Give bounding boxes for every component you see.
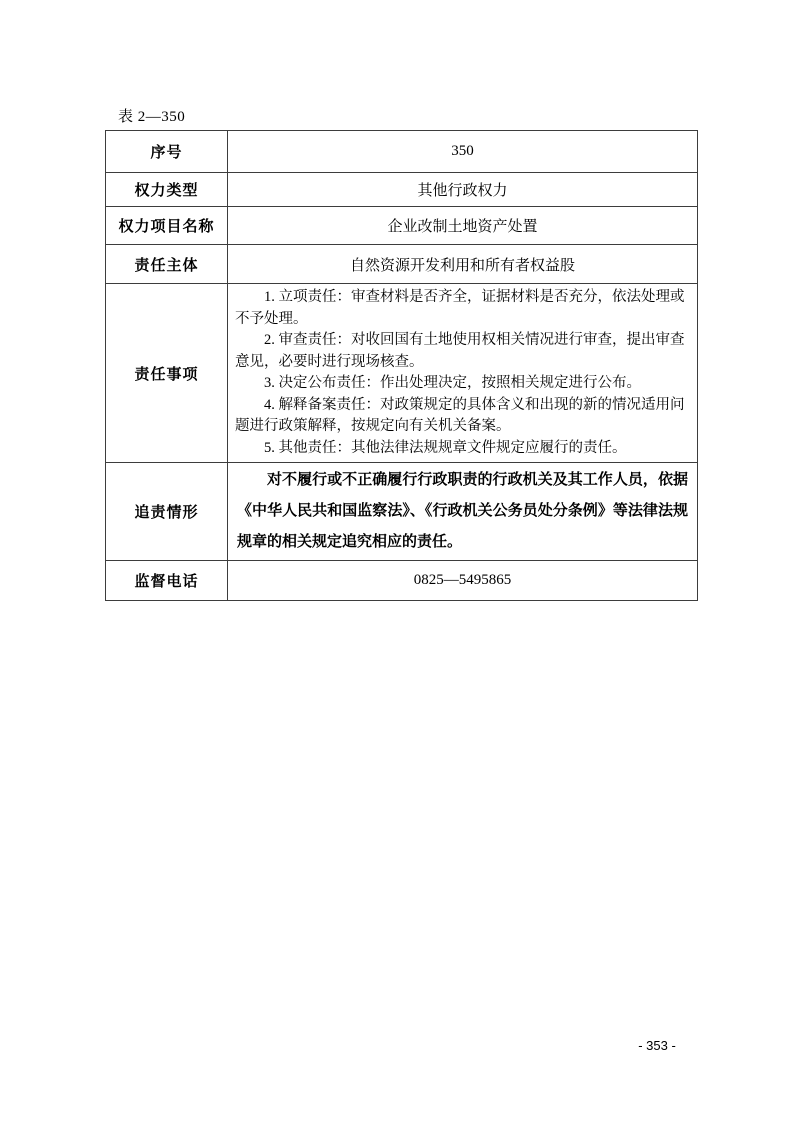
value-power-type: 其他行政权力: [228, 173, 698, 207]
value-serial-number: 350: [228, 131, 698, 173]
table-row: 责任事项 1. 立项责任：审查材料是否齐全，证据材料是否充分，依法处理或不予处理…: [106, 284, 698, 463]
responsibility-item: 3. 决定公布责任：作出处理决定，按照相关规定进行公布。: [235, 373, 690, 395]
responsibility-item: 4. 解释备案责任：对政策规定的具体含义和出现的新的情况适用问题进行政策解释，按…: [235, 395, 690, 438]
label-power-item-name: 权力项目名称: [106, 207, 228, 245]
label-responsible-subject: 责任主体: [106, 245, 228, 284]
responsibility-item: 1. 立项责任：审查材料是否齐全，证据材料是否充分，依法处理或不予处理。: [235, 287, 690, 330]
responsibility-item: 2. 审查责任：对收回国有土地使用权相关情况进行审查，提出审查意见，必要时进行现…: [235, 330, 690, 373]
page-number: - 353 -: [617, 1038, 697, 1053]
label-serial-number: 序号: [106, 131, 228, 173]
label-responsibility-items: 责任事项: [106, 284, 228, 463]
responsibility-item: 5. 其他责任：其他法律法规规章文件规定应履行的责任。: [235, 438, 690, 460]
table-row: 监督电话 0825—5495865: [106, 561, 698, 601]
table-row: 权力类型 其他行政权力: [106, 173, 698, 207]
value-responsible-subject: 自然资源开发利用和所有者权益股: [228, 245, 698, 284]
accountability-text: 对不履行或不正确履行行政职责的行政机关及其工作人员，依据《中华人民共和国监察法》…: [237, 465, 688, 558]
document-page: 表 2—350 序号 350 权力类型 其他行政权力 权力项目名称 企业改制土地…: [0, 0, 793, 1122]
label-accountability-situations: 追责情形: [106, 463, 228, 561]
value-power-item-name: 企业改制土地资产处置: [228, 207, 698, 245]
table-row: 序号 350: [106, 131, 698, 173]
value-supervision-phone: 0825—5495865: [228, 561, 698, 601]
label-supervision-phone: 监督电话: [106, 561, 228, 601]
responsibility-table: 序号 350 权力类型 其他行政权力 权力项目名称 企业改制土地资产处置 责任主…: [105, 130, 698, 601]
value-accountability-situations: 对不履行或不正确履行行政职责的行政机关及其工作人员，依据《中华人民共和国监察法》…: [228, 463, 698, 561]
value-responsibility-items: 1. 立项责任：审查材料是否齐全，证据材料是否充分，依法处理或不予处理。 2. …: [228, 284, 698, 463]
table-row: 权力项目名称 企业改制土地资产处置: [106, 207, 698, 245]
label-power-type: 权力类型: [106, 173, 228, 207]
table-caption: 表 2—350: [118, 105, 185, 126]
table-row: 追责情形 对不履行或不正确履行行政职责的行政机关及其工作人员，依据《中华人民共和…: [106, 463, 698, 561]
table-row: 责任主体 自然资源开发利用和所有者权益股: [106, 245, 698, 284]
